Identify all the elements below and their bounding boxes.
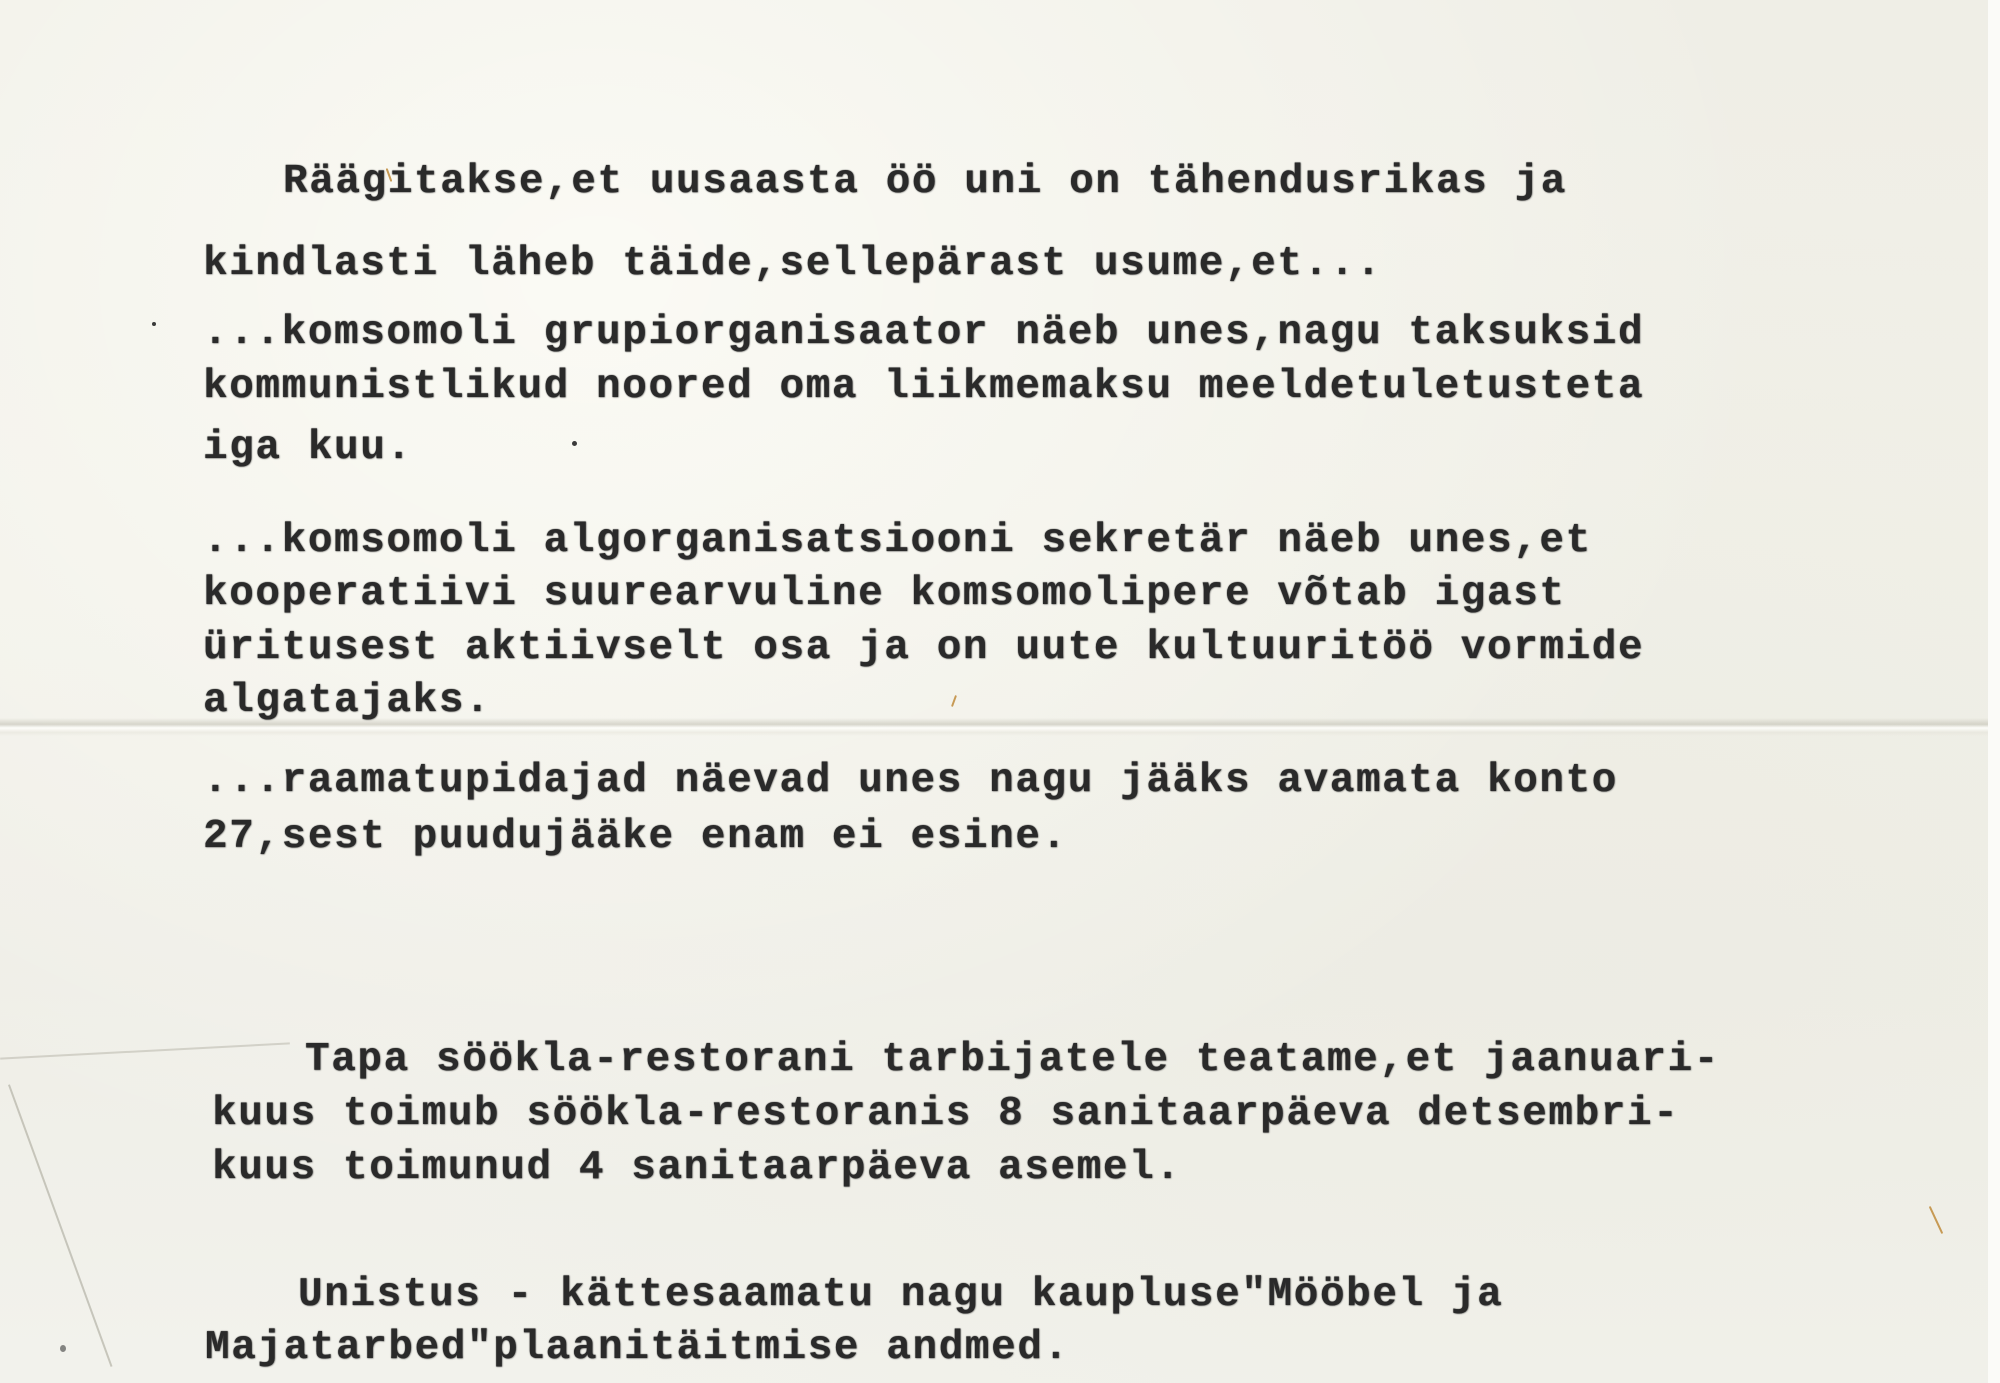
scan-margin [1988,0,2000,1383]
text-line: Unistus - kättesaamatu nagu kaupluse"Möö… [298,1275,1503,1316]
text-line: ...komsomoli algorganisatsiooni sekretär… [203,521,1592,562]
ink-speck [60,1345,66,1352]
text-line: algatajaks. [203,681,491,722]
text-line: kuus toimunud 4 sanitaarpäeva asemel. [212,1148,1182,1189]
ink-speck [152,322,156,326]
text-line: kuus toimub söökla-restoranis 8 sanitaar… [212,1094,1679,1135]
text-line: kommunistlikud noored oma liikmemaksu me… [203,367,1644,408]
text-line: Majatarbed"plaanitäitmise andmed. [205,1328,1070,1369]
text-line: iga kuu. [203,428,413,469]
text-line: ...raamatupidajad näevad unes nagu jääks… [203,761,1618,802]
text-line: kooperatiivi suurearvuline komsomolipere… [203,574,1566,615]
text-line: ...komsomoli grupiorganisaator näeb unes… [203,313,1644,354]
text-line: 27,sest puudujääke enam ei esine. [203,817,1068,858]
text-line: üritusest aktiivselt osa ja on uute kult… [203,628,1644,669]
ink-speck [572,441,577,446]
text-line: kindlasti läheb täide,sellepärast usume,… [203,244,1382,285]
text-line: Tapa söökla-restorani tarbijatele teatam… [305,1040,1720,1081]
text-line: Räägitakse,et uusaasta öö uni on tähendu… [283,162,1567,203]
